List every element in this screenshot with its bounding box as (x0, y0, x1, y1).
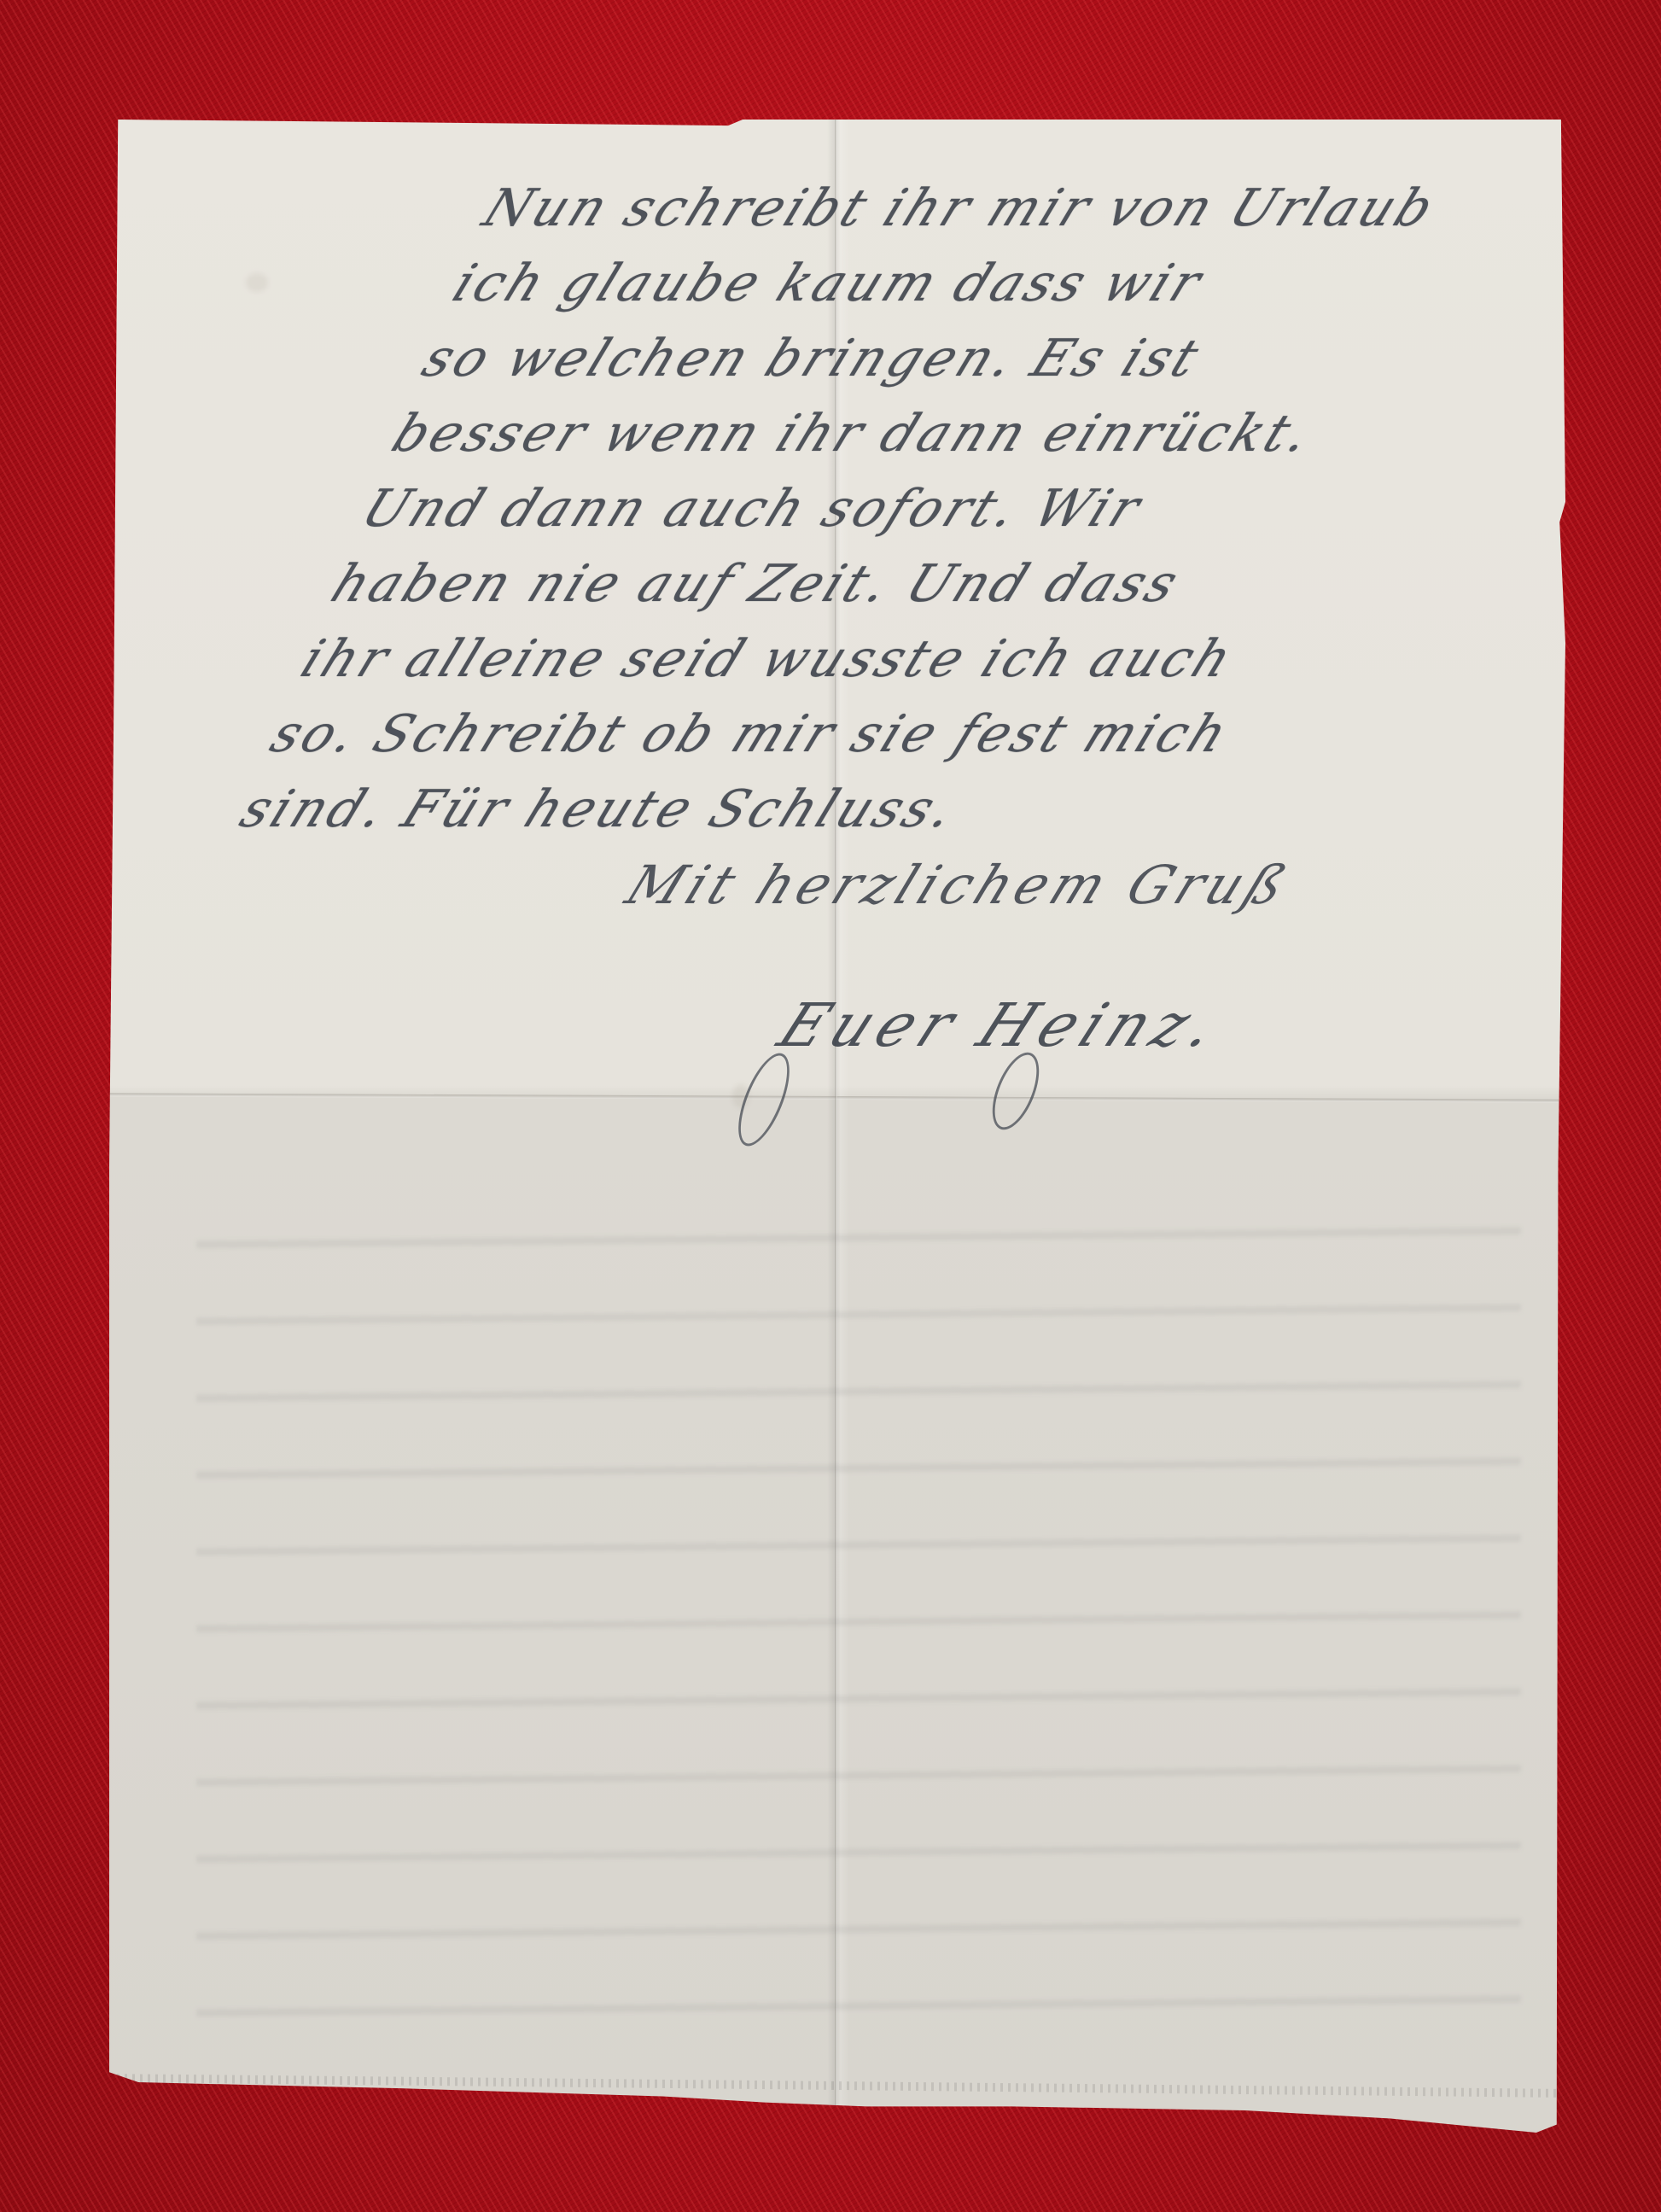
letter-line-9: sind. Für heute Schluss. (229, 772, 1437, 847)
letter-closing: Mit herzlichem Gruß (617, 854, 1300, 916)
letter-line-8: so. Schreibt ob mir sie fest mich (259, 697, 1468, 772)
show-through-writing (196, 1159, 1521, 2019)
letter-line-5: Und dann auch sofort. Wir (350, 471, 1559, 546)
letter-line-4: besser wenn ihr dann einrückt. (381, 396, 1589, 471)
horizontal-fold-line (109, 1093, 1565, 1102)
letter-signature: Euer Heinz. (768, 990, 1235, 1060)
paper-stain (246, 273, 268, 292)
perforated-edge (109, 2075, 1565, 2098)
letter-line-1: Nun schreibt ihr mir von Urlaub (471, 171, 1661, 246)
letter-line-6: haben nie auf Zeit. Und dass (320, 546, 1529, 622)
letter-body: Nun schreibt ihr mir von Urlaub ich glau… (229, 171, 1661, 847)
letter-sheet: Nun schreibt ihr mir von Urlaub ich glau… (109, 120, 1565, 2133)
letter-line-2: ich glaube kaum dass wir (441, 246, 1650, 321)
letter-line-7: ihr alleine seid wusste ich auch (289, 622, 1498, 697)
letter-line-3: so welchen bringen. Es ist (411, 321, 1619, 396)
